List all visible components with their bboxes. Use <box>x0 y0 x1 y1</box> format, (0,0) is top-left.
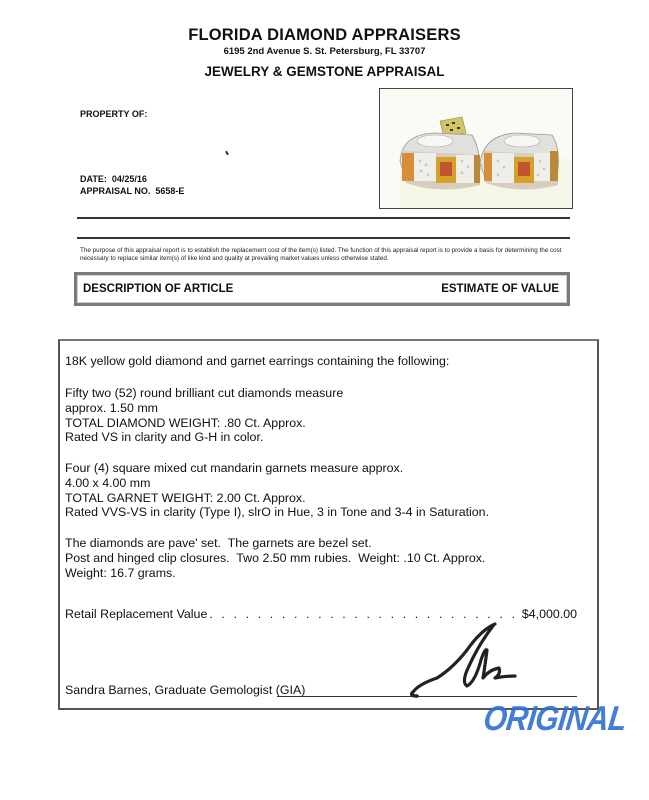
earrings-photo-icon <box>380 89 572 208</box>
appraisal-number-value: 5658-E <box>155 186 184 196</box>
date-label: DATE: <box>80 174 107 184</box>
appraisal-number-label: APPRAISAL NO. <box>80 186 150 196</box>
property-of-label: PROPERTY OF: <box>80 109 147 119</box>
divider-line <box>77 237 570 239</box>
company-address: 6195 2nd Avenue S. St. Petersburg, FL 33… <box>0 46 649 57</box>
diamond-details: Fifty two (52) round brilliant cut diamo… <box>65 386 343 445</box>
description-intro: 18K yellow gold diamond and garnet earri… <box>65 354 449 369</box>
divider-line <box>77 217 570 219</box>
dot-leader: . . . . . . . . . . . . . . . . . . . . … <box>209 607 520 621</box>
estimate-header: ESTIMATE OF VALUE <box>441 283 559 295</box>
date-field: DATE: 04/25/16 <box>80 174 147 184</box>
table-header: DESCRIPTION OF ARTICLE ESTIMATE OF VALUE <box>74 272 570 306</box>
original-stamp: ORIGINAL <box>481 700 628 739</box>
earrings-photo <box>379 88 573 209</box>
garnet-details: Four (4) square mixed cut mandarin garne… <box>65 461 489 520</box>
retail-value-amount: $4,000.00 <box>522 607 577 621</box>
company-name: FLORIDA DIAMOND APPRAISERS <box>0 26 649 45</box>
appraiser-name: Sandra Barnes, Graduate Gemologist (GIA) <box>65 683 305 697</box>
stray-ink-mark <box>225 151 229 155</box>
date-value: 04/25/16 <box>112 174 147 184</box>
description-header: DESCRIPTION OF ARTICLE <box>83 283 233 295</box>
document-title: JEWELRY & GEMSTONE APPRAISAL <box>0 64 649 79</box>
retail-value-label: Retail Replacement Value <box>65 607 207 621</box>
purpose-statement: The purpose of this appraisal report is … <box>80 247 570 263</box>
signature-icon <box>395 620 535 705</box>
appraisal-number-field: APPRAISAL NO. 5658-E <box>80 186 184 196</box>
setting-details: The diamonds are pave' set. The garnets … <box>65 536 485 580</box>
retail-value-row: Retail Replacement Value . . . . . . . .… <box>65 607 577 621</box>
